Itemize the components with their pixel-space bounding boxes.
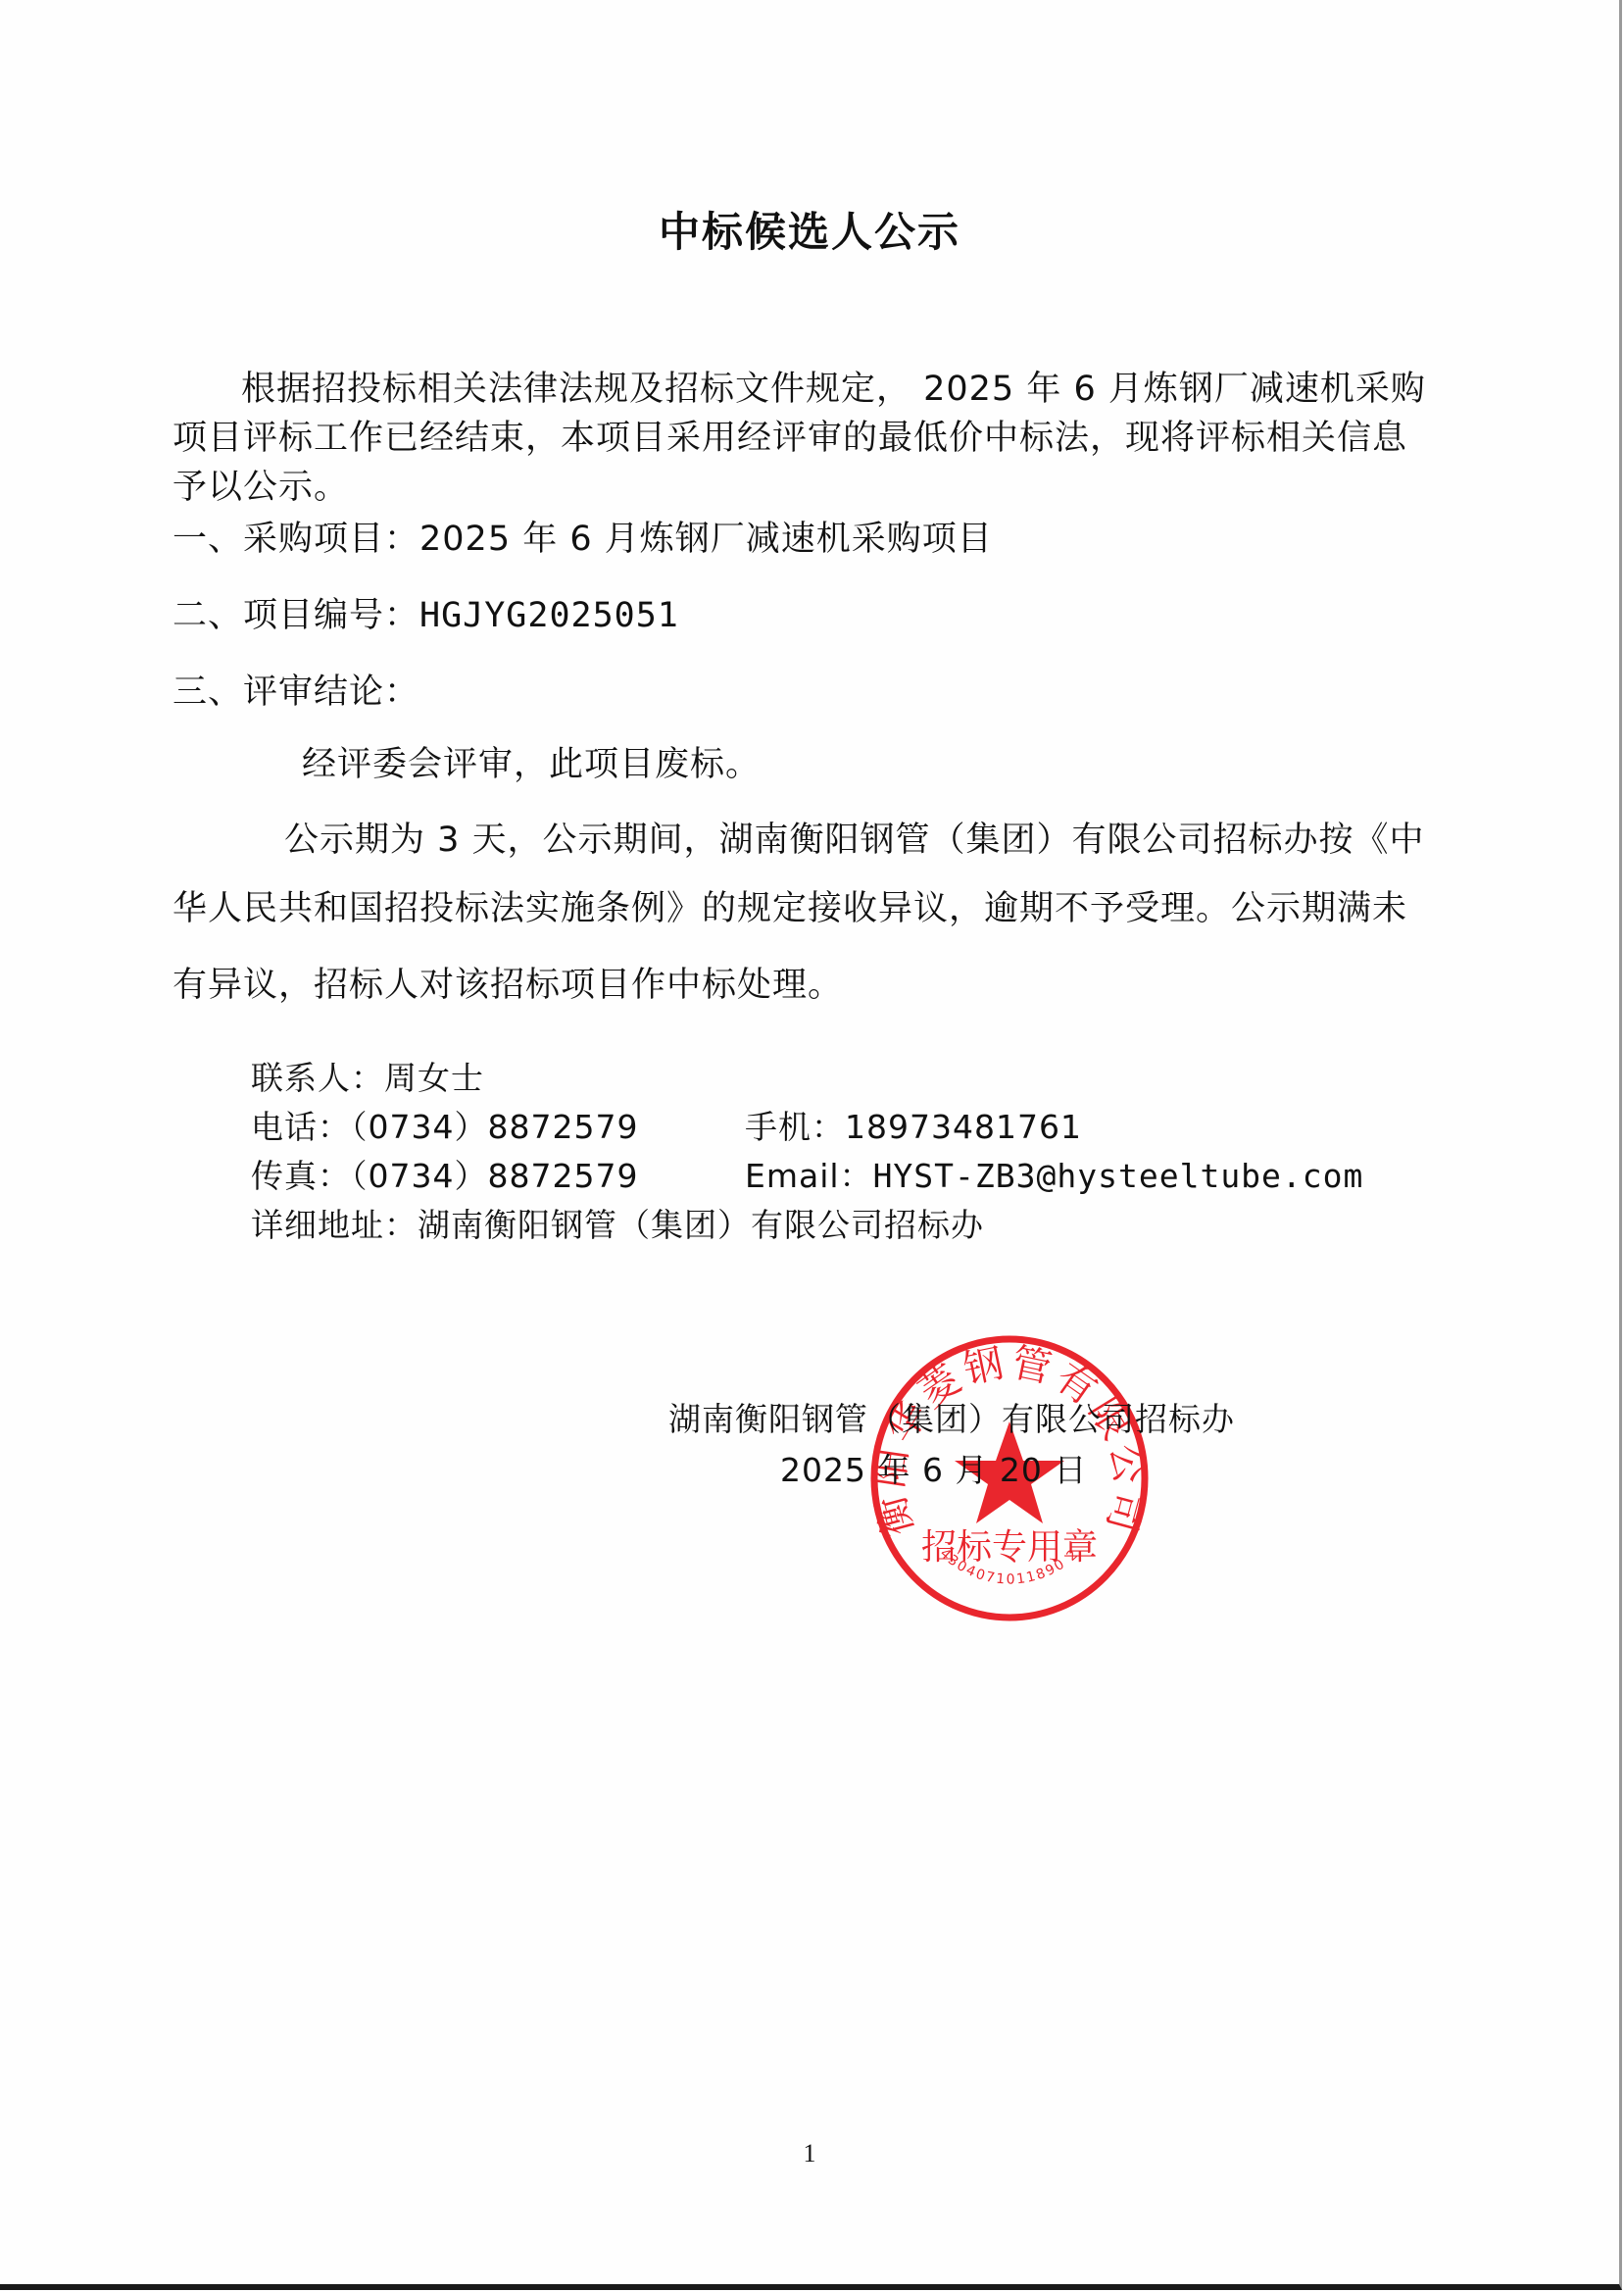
notice-line-2: 华人民共和国招投标法实施条例》的规定接收异议，逾期不予受理。公示期满未 [172,889,1476,928]
contact-person-value: 周女士 [384,1059,484,1097]
section-review-conclusion: 三、评审结论： [172,673,1476,712]
signature-date: 2025 年 6 月 20 日 [780,1451,1087,1490]
contact-phone-label: 电话： [251,1108,351,1146]
page-number: 1 [0,2139,1619,2168]
contact-address-value: 湖南衡阳钢管（集团）有限公司招标办 [418,1206,984,1244]
contact-phone: 电话：（0734）8872579 [251,1108,638,1147]
contact-address: 详细地址：湖南衡阳钢管（集团）有限公司招标办 [251,1206,984,1245]
contact-fax-value: （0734）8872579 [351,1157,638,1195]
contact-address-label: 详细地址： [251,1206,418,1244]
intro-line-3: 予以公示。 [172,468,1476,507]
svg-text:招标专用章: 招标专用章 [921,1527,1098,1568]
svg-text:衡阳华菱钢管有限公司: 衡阳华菱钢管有限公司 [866,1340,1152,1540]
contact-email-value[interactable]: HYST-ZB3@hysteeltube.com [873,1157,1364,1195]
section-procurement-item: 一、采购项目：2025 年 6 月炼钢厂减速机采购项目 [172,520,1476,559]
intro-line-1: 根据招投标相关法律法规及招标文件规定， 2025 年 6 月炼钢厂减速机采购 [241,370,1545,409]
section-label: 三、评审结论： [172,673,419,712]
document-title: 中标候选人公示 [0,208,1619,257]
contact-email: Email：HYST-ZB3@hysteeltube.com [745,1157,1363,1196]
notice-line-1: 公示期为 3 天，公示期间，湖南衡阳钢管（集团）有限公司招标办按《中 [284,821,1588,860]
contact-email-label: Email： [745,1157,873,1195]
section-value: 2025 年 6 月炼钢厂减速机采购项目 [419,520,993,559]
section-label: 二、项目编号： [172,596,419,635]
section-label: 一、采购项目： [172,520,419,559]
contact-person-label: 联系人： [251,1059,384,1097]
signature-organization: 湖南衡阳钢管（集团）有限公司招标办 [668,1400,1235,1439]
contact-mobile-label: 手机： [745,1108,845,1146]
document-page: 中标候选人公示 根据招投标相关法律法规及招标文件规定， 2025 年 6 月炼钢… [0,0,1622,2290]
intro-line-2: 项目评标工作已经结束，本项目采用经评审的最低价中标法，现将评标相关信息 [172,419,1476,458]
contact-mobile: 手机：18973481761 [745,1108,1082,1147]
conclusion-text: 经评委会评审，此项目废标。 [302,745,1605,784]
svg-text:4304071011890 2: 4304071011890 2 [937,1546,1083,1588]
contact-phone-value: （0734）8872579 [351,1108,638,1146]
contact-mobile-value: 18973481761 [845,1108,1082,1146]
contact-person: 联系人：周女士 [251,1059,484,1098]
section-project-number: 二、项目编号：HGJYG2025051 [172,596,1476,635]
contact-fax: 传真：（0734）8872579 [251,1157,638,1196]
contact-fax-label: 传真： [251,1157,351,1195]
notice-line-3: 有异议，招标人对该招标项目作中标处理。 [172,966,1476,1005]
section-value: HGJYG2025051 [419,596,679,635]
